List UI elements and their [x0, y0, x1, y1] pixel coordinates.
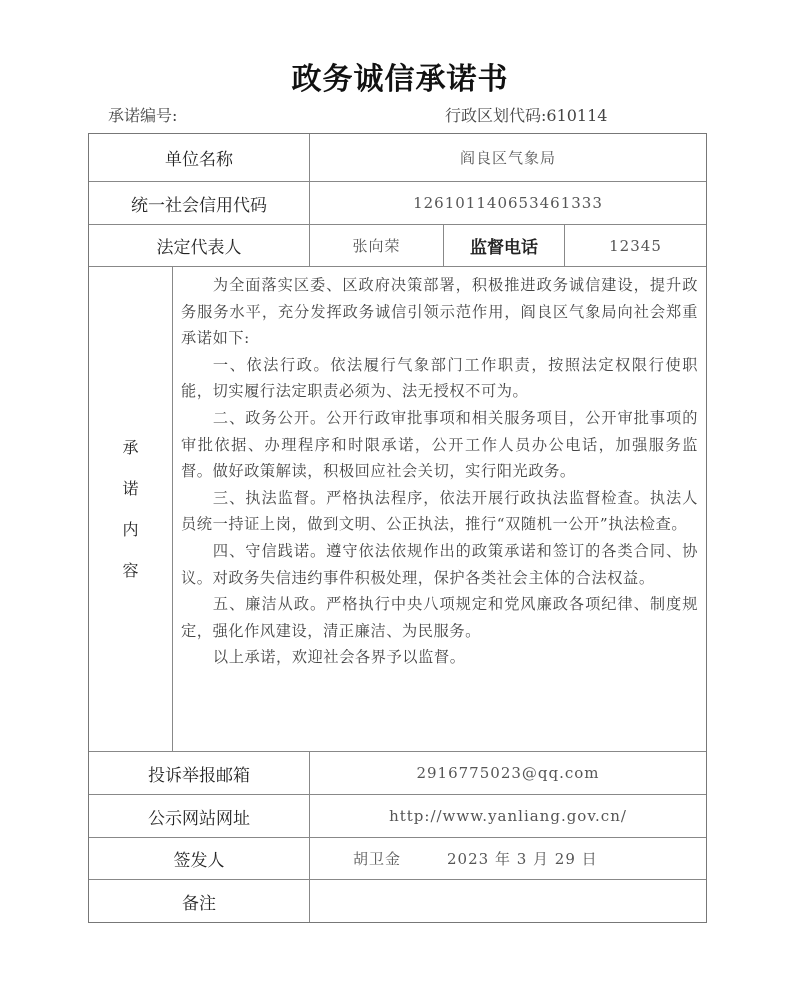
legal-rep-value: 张向荣 [309, 225, 443, 266]
row-remarks: 备注 [89, 880, 706, 922]
commitment-table: 单位名称 阎良区气象局 统一社会信用代码 126101140653461333 … [88, 133, 707, 923]
row-unit-name: 单位名称 阎良区气象局 [89, 134, 706, 182]
side-char: 内 [122, 509, 138, 550]
content-paragraph: 五、廉洁从政。严格执行中央八项规定和党风廉政各项纪律、制度规定，强化作风建设，清… [181, 591, 698, 644]
admin-code-label: 行政区划代码:610114 [445, 103, 607, 126]
content-body: 为全面落实区委、区政府决策部署，积极推进政务诚信建设，提升政务服务水平，充分发挥… [172, 267, 706, 751]
row-legal-rep: 法定代表人 张向荣 监督电话 12345 [89, 225, 706, 267]
phone-label: 监督电话 [443, 225, 564, 266]
complaint-email-label: 投诉举报邮箱 [89, 752, 309, 794]
remarks-label: 备注 [89, 880, 309, 922]
content-paragraph: 三、执法监督。严格执法程序，依法开展行政执法监督检查。执法人员统一持证上岗，做到… [181, 485, 698, 538]
content-paragraph: 以上承诺，欢迎社会各界予以监督。 [181, 644, 466, 671]
content-paragraph: 为全面落实区委、区政府决策部署，积极推进政务诚信建设，提升政务服务水平，充分发挥… [181, 272, 698, 352]
content-paragraph: 一、依法行政。依法履行气象部门工作职责，按照法定权限行使职能，切实履行法定职责必… [181, 352, 698, 405]
phone-value: 12345 [564, 225, 706, 266]
side-char: 容 [122, 550, 138, 591]
side-char: 承 [122, 427, 138, 468]
content-paragraph: 二、政务公开。公开行政审批事项和相关服务项目，公开审批事项的审批依据、办理程序和… [181, 405, 698, 485]
content-side-label: 承 诺 内 容 [89, 267, 172, 751]
unit-name-value: 阎良区气象局 [309, 134, 706, 181]
signer-value: 胡卫金 2023 年 3 月 29 日 [309, 838, 706, 879]
row-credit-code: 统一社会信用代码 126101140653461333 [89, 182, 706, 225]
credit-code-value: 126101140653461333 [309, 182, 706, 224]
legal-rep-label: 法定代表人 [89, 225, 309, 266]
signer-label: 签发人 [89, 838, 309, 879]
unit-name-label: 单位名称 [89, 134, 309, 181]
credit-code-label: 统一社会信用代码 [89, 182, 309, 224]
remarks-value [309, 880, 706, 922]
row-signer: 签发人 胡卫金 2023 年 3 月 29 日 [89, 838, 706, 880]
row-commitment-content: 承 诺 内 容 为全面落实区委、区政府决策部署，积极推进政务诚信建设，提升政务服… [89, 267, 706, 752]
side-char: 诺 [122, 468, 138, 509]
signer-date: 2023 年 3 月 29 日 [447, 848, 598, 869]
commitment-number-label: 承诺编号: [108, 103, 177, 126]
signer-name: 胡卫金 [353, 848, 401, 869]
document-title: 政务诚信承诺书 [0, 54, 800, 98]
content-paragraph: 四、守信践诺。遵守依法依规作出的政策承诺和签订的各类合同、协议。对政务失信违约事… [181, 538, 698, 591]
website-value[interactable]: http://www.yanliang.gov.cn/ [309, 795, 706, 837]
complaint-email-value[interactable]: 2916775023@qq.com [309, 752, 706, 794]
website-label: 公示网站网址 [89, 795, 309, 837]
row-complaint-email: 投诉举报邮箱 2916775023@qq.com [89, 752, 706, 795]
row-website: 公示网站网址 http://www.yanliang.gov.cn/ [89, 795, 706, 838]
